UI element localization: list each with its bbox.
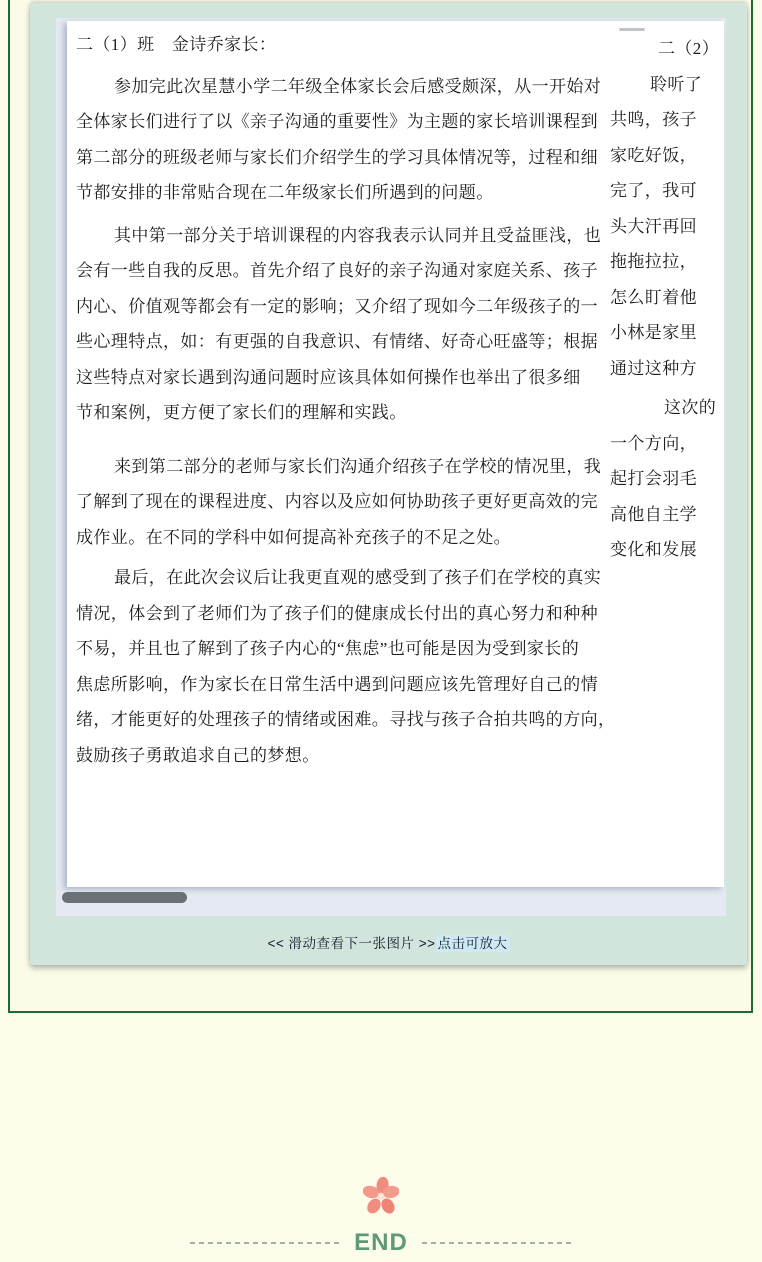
photo-panel: 二（1）班 金诗乔家长： 参加完此次星慧小学二年级全体家长会后感受颇深，从一开始…: [30, 3, 747, 965]
letter-line: 绪，才能更好的处理孩子的情绪或困难。寻找与孩子合拍共鸣的方向，: [76, 702, 613, 738]
image-caption: << 滑动查看下一张图片 >>点击可放大: [30, 932, 747, 952]
letter-line: 家吃好饭，: [610, 138, 726, 174]
letter-line: 参加完此次星慧小学二年级全体家长会后感受颇深，从一开始对: [76, 69, 613, 105]
caption-scroll-hint: 滑动查看下一张图片: [289, 936, 415, 951]
letter-title: 二（1）班 金诗乔家长：: [76, 27, 613, 63]
image-viewport[interactable]: 二（1）班 金诗乔家长： 参加完此次星慧小学二年级全体家长会后感受颇深，从一开始…: [56, 18, 726, 916]
letter-line: 成作业。在不同的学科中如何提高补充孩子的不足之处。: [76, 520, 613, 556]
letter-line: 内心、价值观等都会有一定的影响；又介绍了现如今二年级孩子的一: [76, 289, 613, 325]
letter-line: 来到第二部分的老师与家长们沟通介绍孩子在学校的情况里，我: [76, 449, 613, 485]
letter-line: 小林是家里: [610, 315, 726, 351]
letter-line: 会有一些自我的反思。首先介绍了良好的亲子沟通对家庭关系、孩子: [76, 253, 613, 289]
letter-line: 起打会羽毛: [610, 461, 726, 497]
letter-line: 情况，体会到了老师们为了孩子们的健康成长付出的真心努力和种种: [76, 596, 613, 632]
letter-line: 聆听了: [610, 67, 726, 103]
horizontal-scrollbar-thumb[interactable]: [62, 892, 187, 903]
letter-image[interactable]: 二（1）班 金诗乔家长： 参加完此次星慧小学二年级全体家长会后感受颇深，从一开始…: [67, 21, 724, 887]
letter-line: 拖拖拉拉，: [610, 244, 726, 280]
letter-line: 节都安排的非常贴合现在二年级家长们所遇到的问题。: [76, 175, 613, 211]
letter-line: 最后，在此次会议后让我更直观的感受到了孩子们在学校的真实: [76, 560, 613, 596]
letter-line: 二（2）: [610, 31, 726, 67]
letter-line: 些心理特点，如：有更强的自我意识、有情绪、好奇心旺盛等；根据: [76, 324, 613, 360]
letter-line: 其中第一部分关于培训课程的内容我表示认同并且受益匪浅，也: [76, 218, 613, 254]
letter-line: 了解到了现在的课程进度、内容以及应如何协助孩子更好更高效的完: [76, 484, 613, 520]
caption-prefix: <<: [267, 936, 288, 951]
letter-line: 节和案例，更方便了家长们的理解和实践。: [76, 395, 613, 431]
dash-line-right: [422, 1242, 572, 1244]
letter-line: 一个方向，: [610, 426, 726, 462]
letter-line: 高他自主学: [610, 497, 726, 533]
letter-left-column: 二（1）班 金诗乔家长： 参加完此次星慧小学二年级全体家长会后感受颇深，从一开始…: [76, 27, 613, 773]
letter-line: 这次的: [610, 390, 726, 426]
end-label: END: [354, 1229, 408, 1257]
letter-line: 焦虑所影响，作为家长在日常生活中遇到问题应该先管理好自己的情: [76, 667, 613, 703]
letter-line: 鼓励孩子勇敢追求自己的梦想。: [76, 738, 613, 774]
letter-line: 这些特点对家长遇到沟通问题时应该具体如何操作也举出了很多细: [76, 360, 613, 396]
article-frame: 二（1）班 金诗乔家长： 参加完此次星慧小学二年级全体家长会后感受颇深，从一开始…: [8, 0, 753, 1013]
letter-right-lines: 二（2）聆听了共鸣，孩子家吃好饭，完了，我可头大汗再回拖拖拉拉，怎么盯着他小林是…: [610, 31, 726, 568]
end-divider: END: [0, 1231, 762, 1255]
letter-line: 变化和发展: [610, 532, 726, 568]
letter-line: 怎么盯着他: [610, 280, 726, 316]
letter-line: 共鸣，孩子: [610, 102, 726, 138]
letter-right-column: 二（2）聆听了共鸣，孩子家吃好饭，完了，我可头大汗再回拖拖拉拉，怎么盯着他小林是…: [610, 31, 726, 568]
letter-line: 全体家长们进行了以《亲子沟通的重要性》为主题的家长培训课程到: [76, 104, 613, 140]
letter-line: 不易，并且也了解到了孩子内心的“焦虑”也可能是因为受到家长的: [76, 631, 613, 667]
letter-left-lines: 参加完此次星慧小学二年级全体家长会后感受颇深，从一开始对全体家长们进行了以《亲子…: [76, 69, 613, 774]
caption-separator: >>: [415, 936, 436, 951]
caption-zoom-hint: 点击可放大: [436, 935, 510, 952]
dash-line-left: [190, 1242, 340, 1244]
letter-line: 头大汗再回: [610, 209, 726, 245]
letter-line: 第二部分的班级老师与家长们介绍学生的学习具体情况等，过程和细: [76, 140, 613, 176]
letter-line: 完了，我可: [610, 173, 726, 209]
letter-line: 通过这种方: [610, 351, 726, 387]
flower-icon: [363, 1177, 399, 1215]
